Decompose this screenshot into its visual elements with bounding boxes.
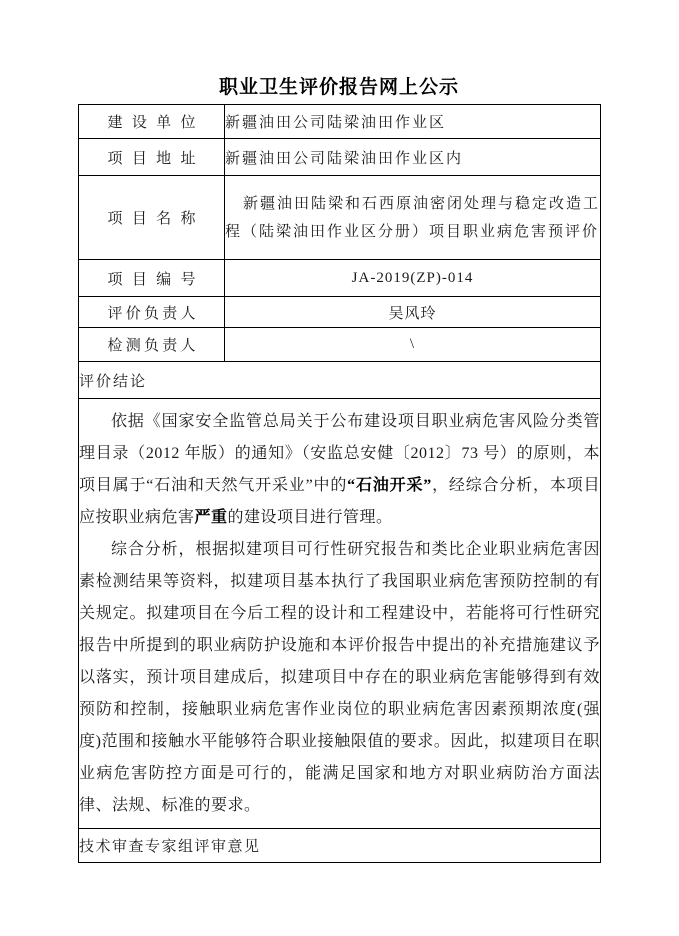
table-row: 依据《国家安全监管总局关于公布建设项目职业病危害风险分类管理目录（2012 年版…: [79, 399, 601, 829]
table-row: 检测负责人 \: [79, 328, 601, 362]
row-label-text: 项目编号: [108, 268, 196, 289]
table-row: 项目名称 新疆油田陆梁和石西原油密闭处理与稳定改造工程（陆梁油田作业区分册）项目…: [79, 176, 601, 260]
row-label-evaluation-manager: 评价负责人: [79, 297, 225, 328]
row-label-project-name: 项目名称: [79, 176, 225, 260]
row-label-project-number: 项目编号: [79, 260, 225, 297]
conclusion-paragraph-1: 依据《国家安全监管总局关于公布建设项目职业病危害风险分类管理目录（2012 年版…: [79, 406, 600, 534]
table-row: 建设单位 新疆油田公司陆梁油田作业区: [79, 105, 601, 139]
row-value-construction-unit: 新疆油田公司陆梁油田作业区: [225, 105, 601, 139]
conclusion-section-header: 评价结论: [79, 362, 601, 399]
row-label-project-address: 项目地址: [79, 139, 225, 176]
row-label-text: 评价负责人: [108, 302, 196, 323]
table-row: 技术审查专家组评审意见: [79, 829, 601, 863]
page-title: 职业卫生评价报告网上公示: [78, 72, 600, 99]
project-name-text: 新疆油田陆梁和石西原油密闭处理与稳定改造工程（陆梁油田作业区分册）项目职业病危害…: [225, 190, 600, 246]
table-row: 评价结论: [79, 362, 601, 399]
conclusion-p1-bold-severe: 严重: [195, 509, 228, 526]
row-label-text: 建设单位: [108, 111, 196, 132]
row-label-text: 项目名称: [108, 207, 196, 228]
row-label-construction-unit: 建设单位: [79, 105, 225, 139]
conclusion-p1-text: 的建设项目进行管理。: [228, 509, 393, 526]
conclusion-p1-bold-oil-extraction: “石油开采”: [347, 477, 432, 494]
row-value-evaluation-manager: 吴风玲: [225, 297, 601, 328]
conclusion-paragraph-2: 综合分析，根据拟建项目可行性研究报告和类比企业职业病危害因素检测结果等资料，拟建…: [79, 534, 600, 822]
publicity-table: 建设单位 新疆油田公司陆梁油田作业区 项目地址 新疆油田公司陆梁油田作业区内 项…: [78, 104, 601, 863]
table-row: 评价负责人 吴风玲: [79, 297, 601, 328]
conclusion-text-cell: 依据《国家安全监管总局关于公布建设项目职业病危害风险分类管理目录（2012 年版…: [79, 399, 601, 829]
row-label-text: 检测负责人: [108, 334, 196, 355]
document-page: 职业卫生评价报告网上公示 建设单位 新疆油田公司陆梁油田作业区 项目地址 新疆油…: [0, 0, 679, 863]
table-row: 项目地址 新疆油田公司陆梁油田作业区内: [79, 139, 601, 176]
row-label-text: 项目地址: [108, 147, 196, 168]
row-value-project-address: 新疆油田公司陆梁油田作业区内: [225, 139, 601, 176]
row-value-project-number: JA-2019(ZP)-014: [225, 260, 601, 297]
row-value-project-name: 新疆油田陆梁和石西原油密闭处理与稳定改造工程（陆梁油田作业区分册）项目职业病危害…: [225, 176, 601, 260]
row-label-testing-manager: 检测负责人: [79, 328, 225, 362]
expert-review-row: 技术审查专家组评审意见: [79, 829, 601, 863]
row-value-testing-manager: \: [225, 328, 601, 362]
table-row: 项目编号 JA-2019(ZP)-014: [79, 260, 601, 297]
